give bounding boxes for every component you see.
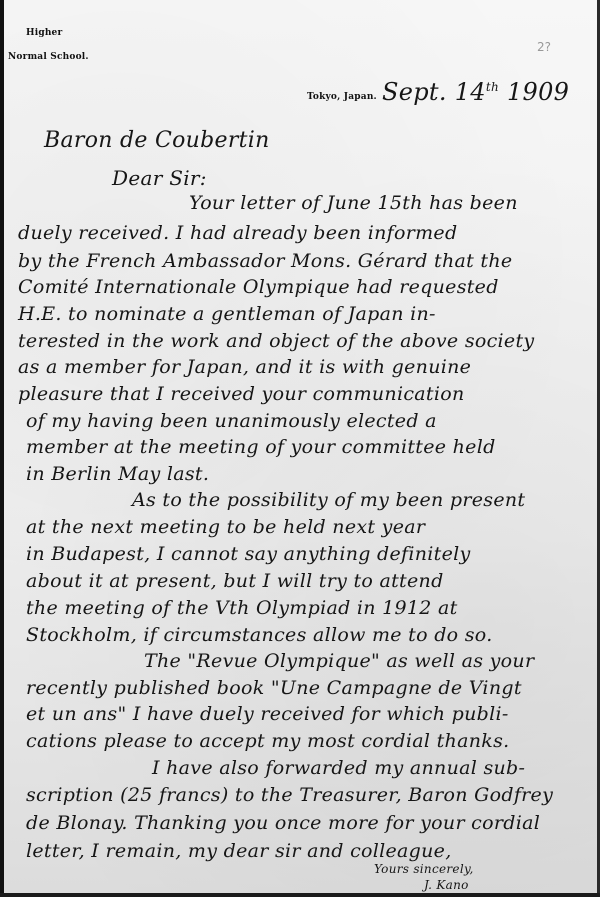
body-line: at the next meeting to be held next year bbox=[26, 516, 425, 538]
addressee: Baron de Coubertin bbox=[44, 128, 270, 153]
body-line: The "Revue Olympique" as well as your bbox=[144, 650, 534, 672]
body-line: duely received. I had already been infor… bbox=[18, 222, 457, 244]
date-year: 1909 bbox=[507, 78, 569, 106]
body-line: of my having been unanimously elected a bbox=[26, 410, 437, 432]
signature: J. Kano bbox=[424, 878, 469, 892]
letterhead-line-2: Normal School. bbox=[8, 52, 89, 62]
closing: Yours sincerely, bbox=[374, 862, 474, 876]
body-line: H.E. to nominate a gentleman of Japan in… bbox=[18, 303, 436, 325]
body-line: as a member for Japan, and it is with ge… bbox=[18, 356, 471, 378]
letter-page: Higher Normal School. 2? Tokyo, Japan. S… bbox=[4, 0, 598, 893]
letter-date: Sept. 14th 1909 bbox=[382, 78, 569, 106]
date-suffix: th bbox=[486, 80, 499, 94]
body-line: the meeting of the Vth Olympiad in 1912 … bbox=[26, 597, 458, 619]
body-line: terested in the work and object of the a… bbox=[18, 330, 534, 352]
body-line: Stockholm, if circumstances allow me to … bbox=[26, 624, 493, 646]
body-line: in Berlin May last. bbox=[26, 463, 209, 485]
body-line: scription (25 francs) to the Treasurer, … bbox=[26, 784, 553, 806]
scan-edge-bottom bbox=[0, 893, 600, 897]
body-line: Comité Internationale Olympique had requ… bbox=[18, 276, 499, 298]
body-line: cations please to accept my most cordial… bbox=[26, 730, 509, 752]
body-line: Your letter of June 15th has been bbox=[189, 192, 518, 214]
body-line: letter, I remain, my dear sir and collea… bbox=[26, 840, 452, 862]
body-line: about it at present, but I will try to a… bbox=[26, 570, 444, 592]
body-line: recently published book "Une Campagne de… bbox=[26, 677, 522, 699]
body-line: de Blonay. Thanking you once more for yo… bbox=[26, 812, 540, 834]
letterhead-place: Tokyo, Japan. bbox=[307, 92, 377, 102]
body-line: pleasure that I received your communicat… bbox=[18, 383, 465, 405]
letterhead-line-1: Higher bbox=[26, 28, 62, 38]
salutation: Dear Sir: bbox=[112, 166, 207, 190]
body-line: by the French Ambassador Mons. Gérard th… bbox=[18, 250, 512, 272]
body-line: in Budapest, I cannot say anything defin… bbox=[26, 543, 471, 565]
body-line: I have also forwarded my annual sub- bbox=[152, 757, 525, 779]
body-line: member at the meeting of your committee … bbox=[26, 436, 496, 458]
archive-mark: 2? bbox=[537, 40, 551, 54]
body-line: et un ans" I have duely received for whi… bbox=[26, 703, 509, 725]
body-line: As to the possibility of my been present bbox=[132, 489, 525, 511]
date-text: Sept. 14 bbox=[382, 78, 486, 106]
